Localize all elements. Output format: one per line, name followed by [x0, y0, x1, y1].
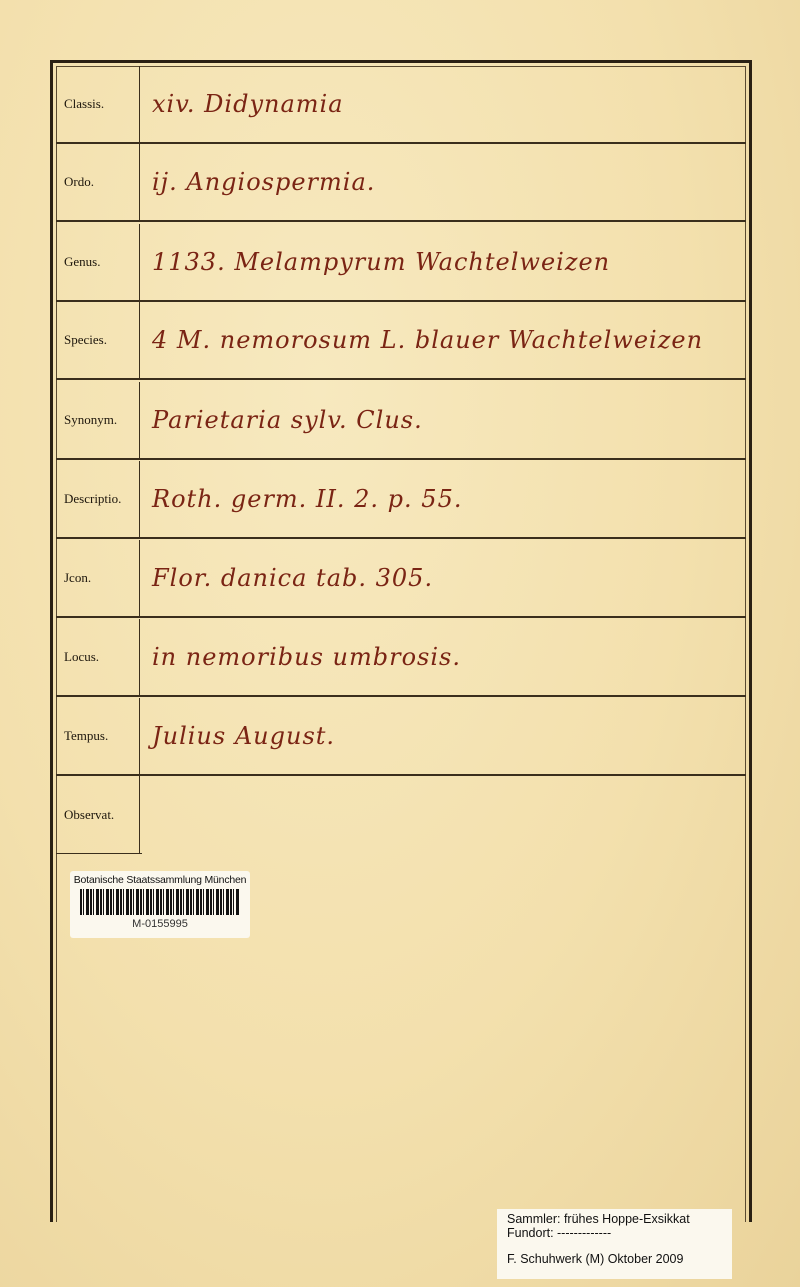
collector-label: Sammler: frühes Hoppe-Exsikkat Fundort: …	[497, 1209, 732, 1279]
form-row-genus: Genus. 1133. Melampyrum Wachtelweizen	[56, 224, 746, 302]
field-label: Observat.	[56, 776, 140, 853]
field-value: in nemoribus umbrosis.	[152, 619, 736, 695]
field-value: xiv. Didynamia	[152, 66, 736, 142]
field-value: ij. Angiospermia.	[152, 144, 736, 220]
form-row-species: Species. 4 M. nemorosum L. blauer Wachte…	[56, 302, 746, 380]
field-value: Parietaria sylv. Clus.	[152, 382, 736, 458]
field-value: 1133. Melampyrum Wachtelweizen	[152, 224, 736, 300]
determiner-line: F. Schuhwerk (M) Oktober 2009	[507, 1252, 722, 1266]
barcode-icon	[80, 889, 240, 915]
field-label: Locus.	[56, 619, 140, 695]
field-label: Ordo.	[56, 144, 140, 220]
form-row-ordo: Ordo. ij. Angiospermia.	[56, 144, 746, 222]
form-row-jcon: Jcon. Flor. danica tab. 305.	[56, 540, 746, 618]
field-label: Descriptio.	[56, 461, 140, 537]
locality-line: Fundort: -------------	[507, 1226, 722, 1240]
field-label: Classis.	[56, 66, 140, 142]
field-label: Synonym.	[56, 382, 140, 458]
field-label: Species.	[56, 302, 140, 378]
form-row-synonym: Synonym. Parietaria sylv. Clus.	[56, 382, 746, 460]
specimen-id: M-0155995	[70, 918, 250, 930]
field-value: Roth. germ. II. 2. p. 55.	[152, 461, 736, 537]
field-label: Genus.	[56, 224, 140, 300]
field-label: Tempus.	[56, 698, 140, 774]
field-value: Flor. danica tab. 305.	[152, 540, 736, 616]
field-value: Julius August.	[152, 698, 736, 774]
form-row-tempus: Tempus. Julius August.	[56, 698, 746, 776]
field-label: Jcon.	[56, 540, 140, 616]
barcode-label: Botanische Staatssammlung München M-0155…	[70, 871, 250, 938]
form-row-classis: Classis. xiv. Didynamia	[56, 66, 746, 144]
field-value: 4 M. nemorosum L. blauer Wachtelweizen	[152, 302, 736, 378]
institution-name: Botanische Staatssammlung München	[70, 874, 250, 886]
form-row-locus: Locus. in nemoribus umbrosis.	[56, 619, 746, 697]
form-row-observat: Observat.	[56, 776, 142, 854]
form-row-descriptio: Descriptio. Roth. germ. II. 2. p. 55.	[56, 461, 746, 539]
collector-line: Sammler: frühes Hoppe-Exsikkat	[507, 1212, 722, 1226]
